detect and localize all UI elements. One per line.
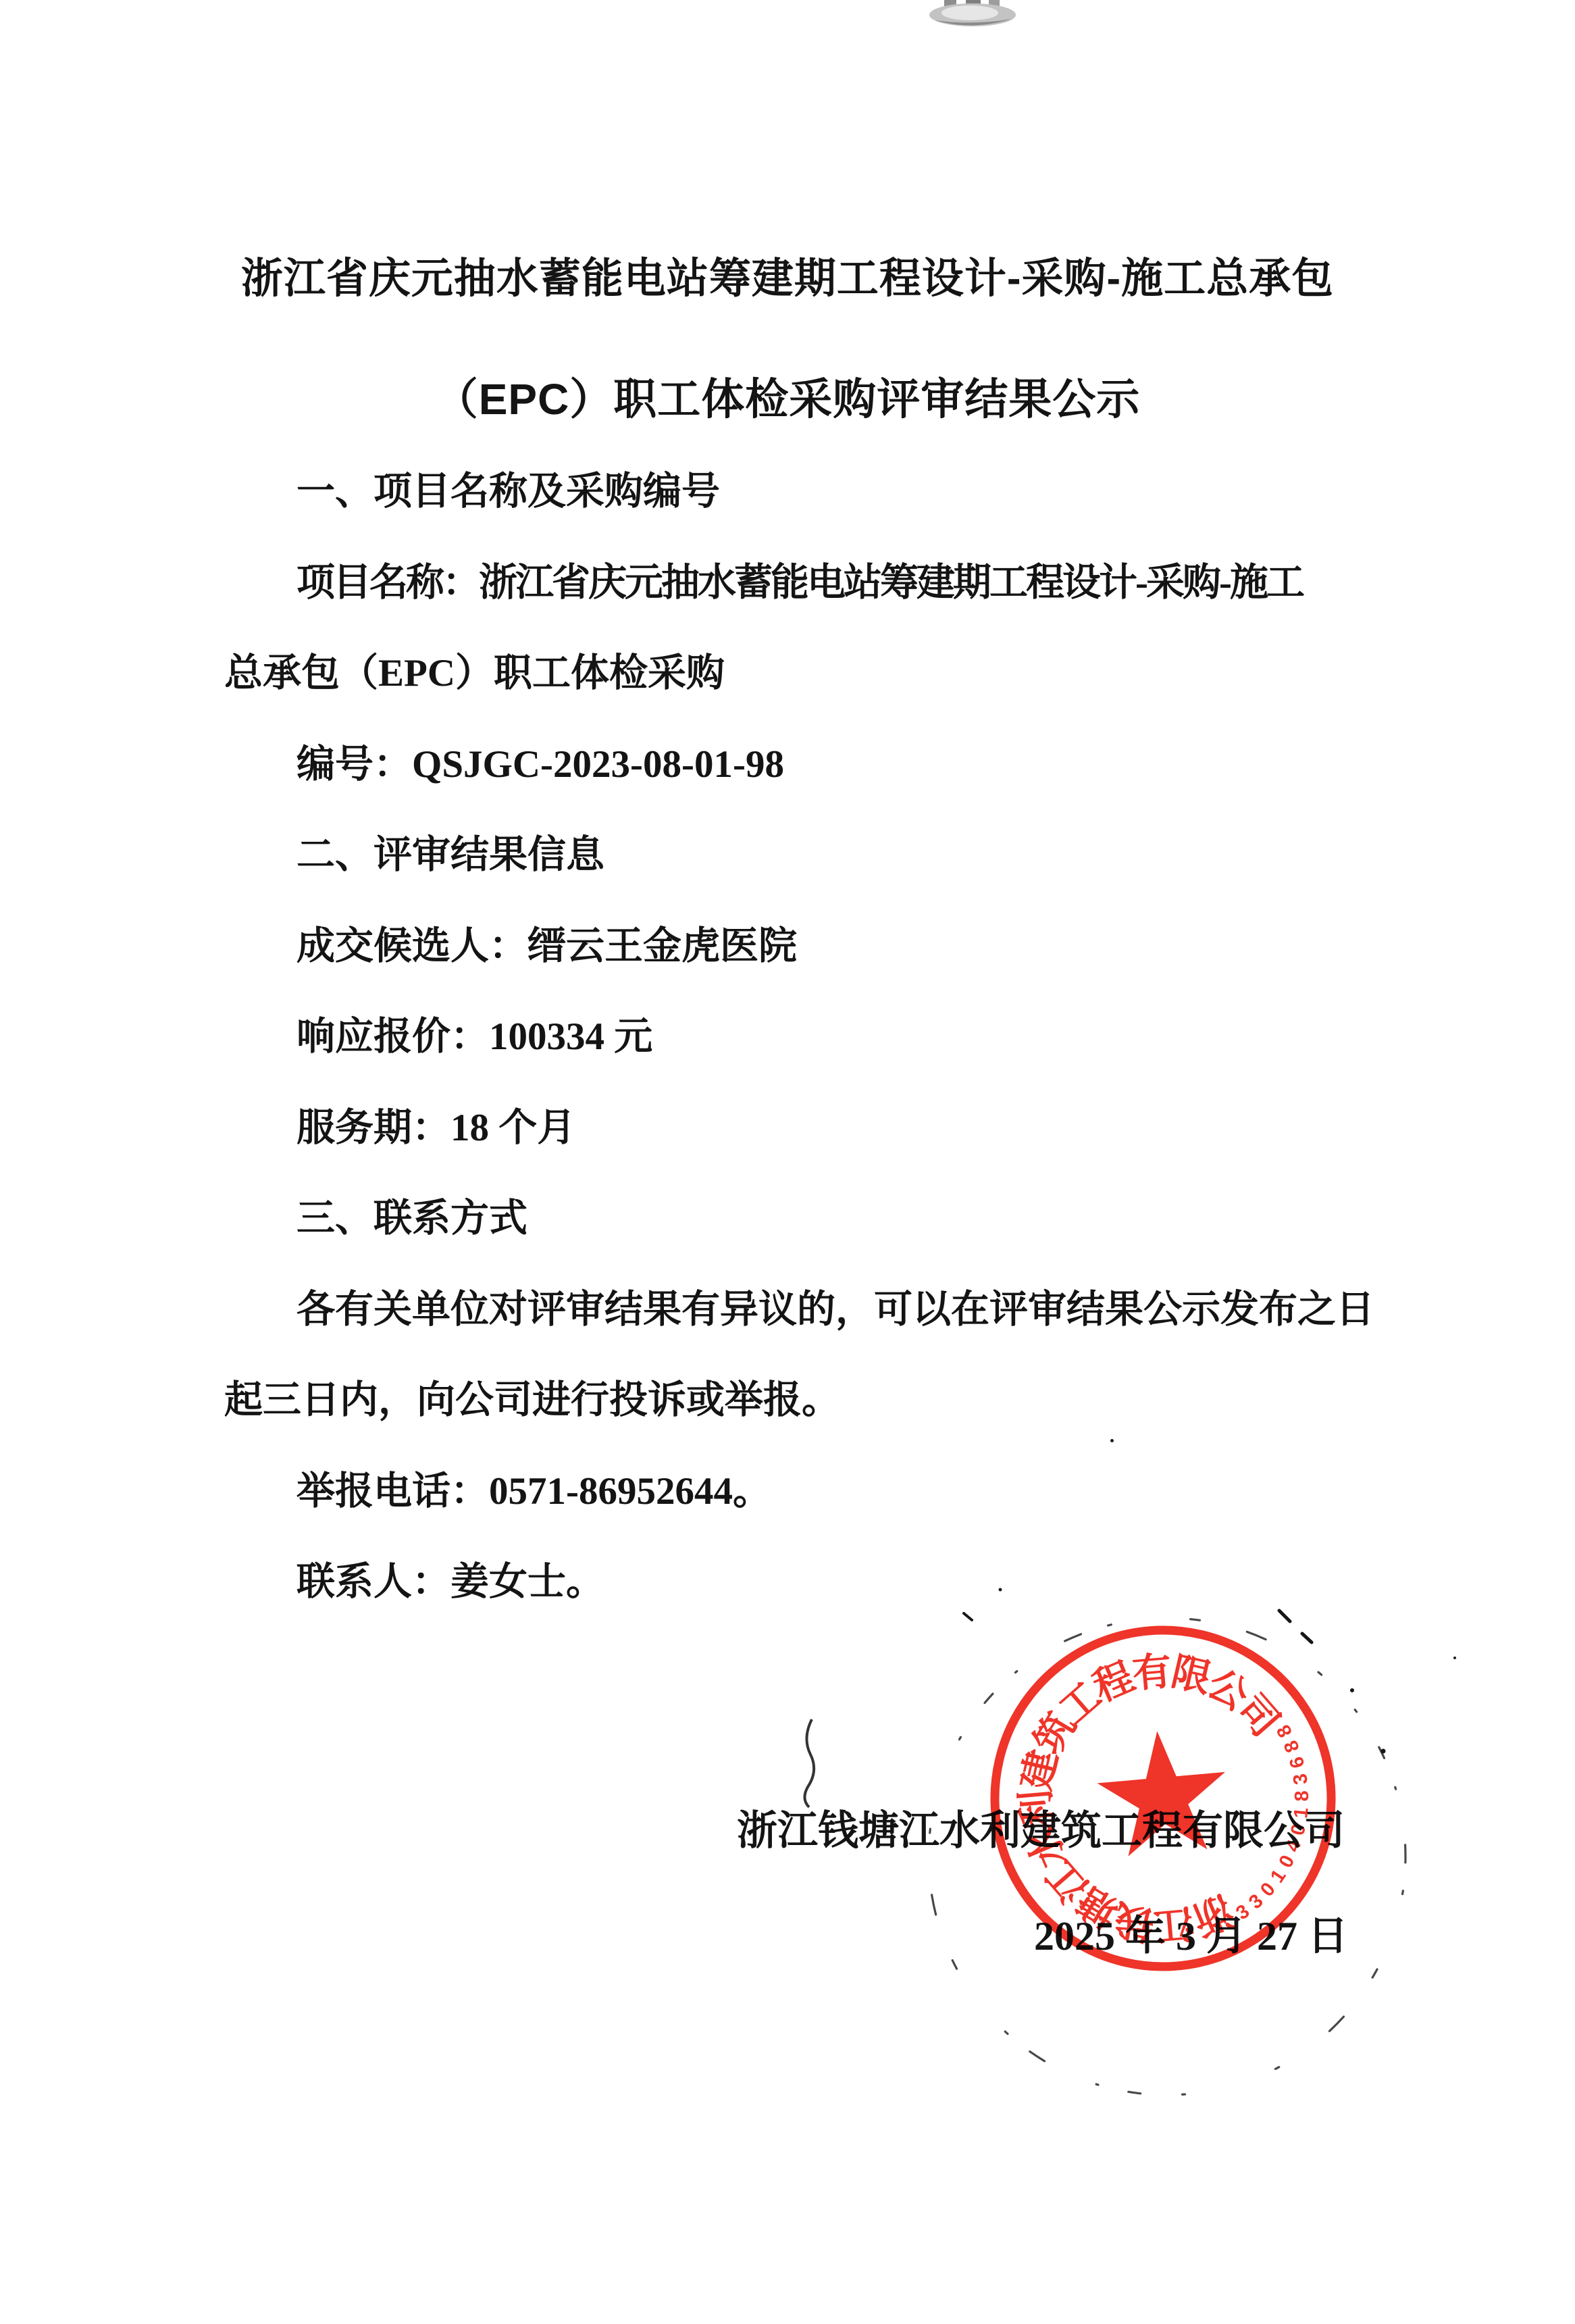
- objection-line1: 各有关单位对评审结果有异议的，可以在评审结果公示发布之日: [224, 1265, 1386, 1356]
- company-seal: 浙江钱塘江水利建筑工程有限公司 8863810401033: [906, 1542, 1420, 2055]
- procurement-number-line: 编号：QSJGC-2023-08-01-98: [224, 719, 1386, 811]
- winning-candidate-line: 成交候选人：缙云王金虎医院: [224, 901, 1386, 992]
- scan-speck: [1110, 1439, 1114, 1442]
- svg-text:4: 4: [1282, 1837, 1306, 1854]
- section2-heading: 二、评审结果信息: [224, 810, 1386, 901]
- seal-serial-arc: 8863810401033: [1229, 1717, 1333, 1934]
- scan-clip-artifact: [925, 0, 1020, 32]
- document-title-line1: 浙江省庆元抽水蓄能电站筹建期工程设计-采购-施工总承包: [0, 245, 1575, 305]
- svg-text:8: 8: [1291, 1790, 1313, 1802]
- section3-heading: 三、联系方式: [224, 1173, 1386, 1265]
- svg-text:利: 利: [1014, 1788, 1061, 1831]
- document-body: 一、项目名称及采购编号 项目名称：浙江省庆元抽水蓄能电站筹建期工程设计-采购-施…: [224, 447, 1386, 1628]
- project-name-wrap-line: 总承包（EPC）职工体检采购: [224, 628, 1386, 719]
- svg-text:有: 有: [1131, 1649, 1173, 1696]
- svg-text:0: 0: [1275, 1852, 1299, 1871]
- document-title-line2: （EPC）职工体检采购评审结果公示: [0, 365, 1575, 427]
- svg-text:江: 江: [1153, 1900, 1195, 1948]
- service-period-line: 服务期：18 个月: [224, 1083, 1386, 1174]
- svg-text:0: 0: [1287, 1822, 1310, 1838]
- scanned-document-page: 浙江省庆元抽水蓄能电站筹建期工程设计-采购-施工总承包 （EPC）职工体检采购评…: [0, 0, 1575, 2324]
- svg-text:1: 1: [1266, 1866, 1291, 1887]
- project-name-line: 项目名称：浙江省庆元抽水蓄能电站筹建期工程设计-采购-施工: [224, 538, 1386, 629]
- svg-text:6: 6: [1285, 1754, 1309, 1771]
- report-phone-line: 举报电话：0571-86952644。: [224, 1446, 1386, 1538]
- svg-text:3: 3: [1289, 1772, 1312, 1786]
- seal-star-icon: [1093, 1725, 1232, 1859]
- svg-text:8: 8: [1280, 1737, 1304, 1755]
- bid-price-line: 响应报价：100334 元: [224, 992, 1386, 1083]
- section1-heading: 一、项目名称及采购编号: [224, 447, 1386, 538]
- svg-text:1: 1: [1290, 1807, 1313, 1819]
- objection-line2: 起三日内，向公司进行投诉或举报。: [224, 1355, 1386, 1446]
- scan-speck: [1453, 1657, 1456, 1659]
